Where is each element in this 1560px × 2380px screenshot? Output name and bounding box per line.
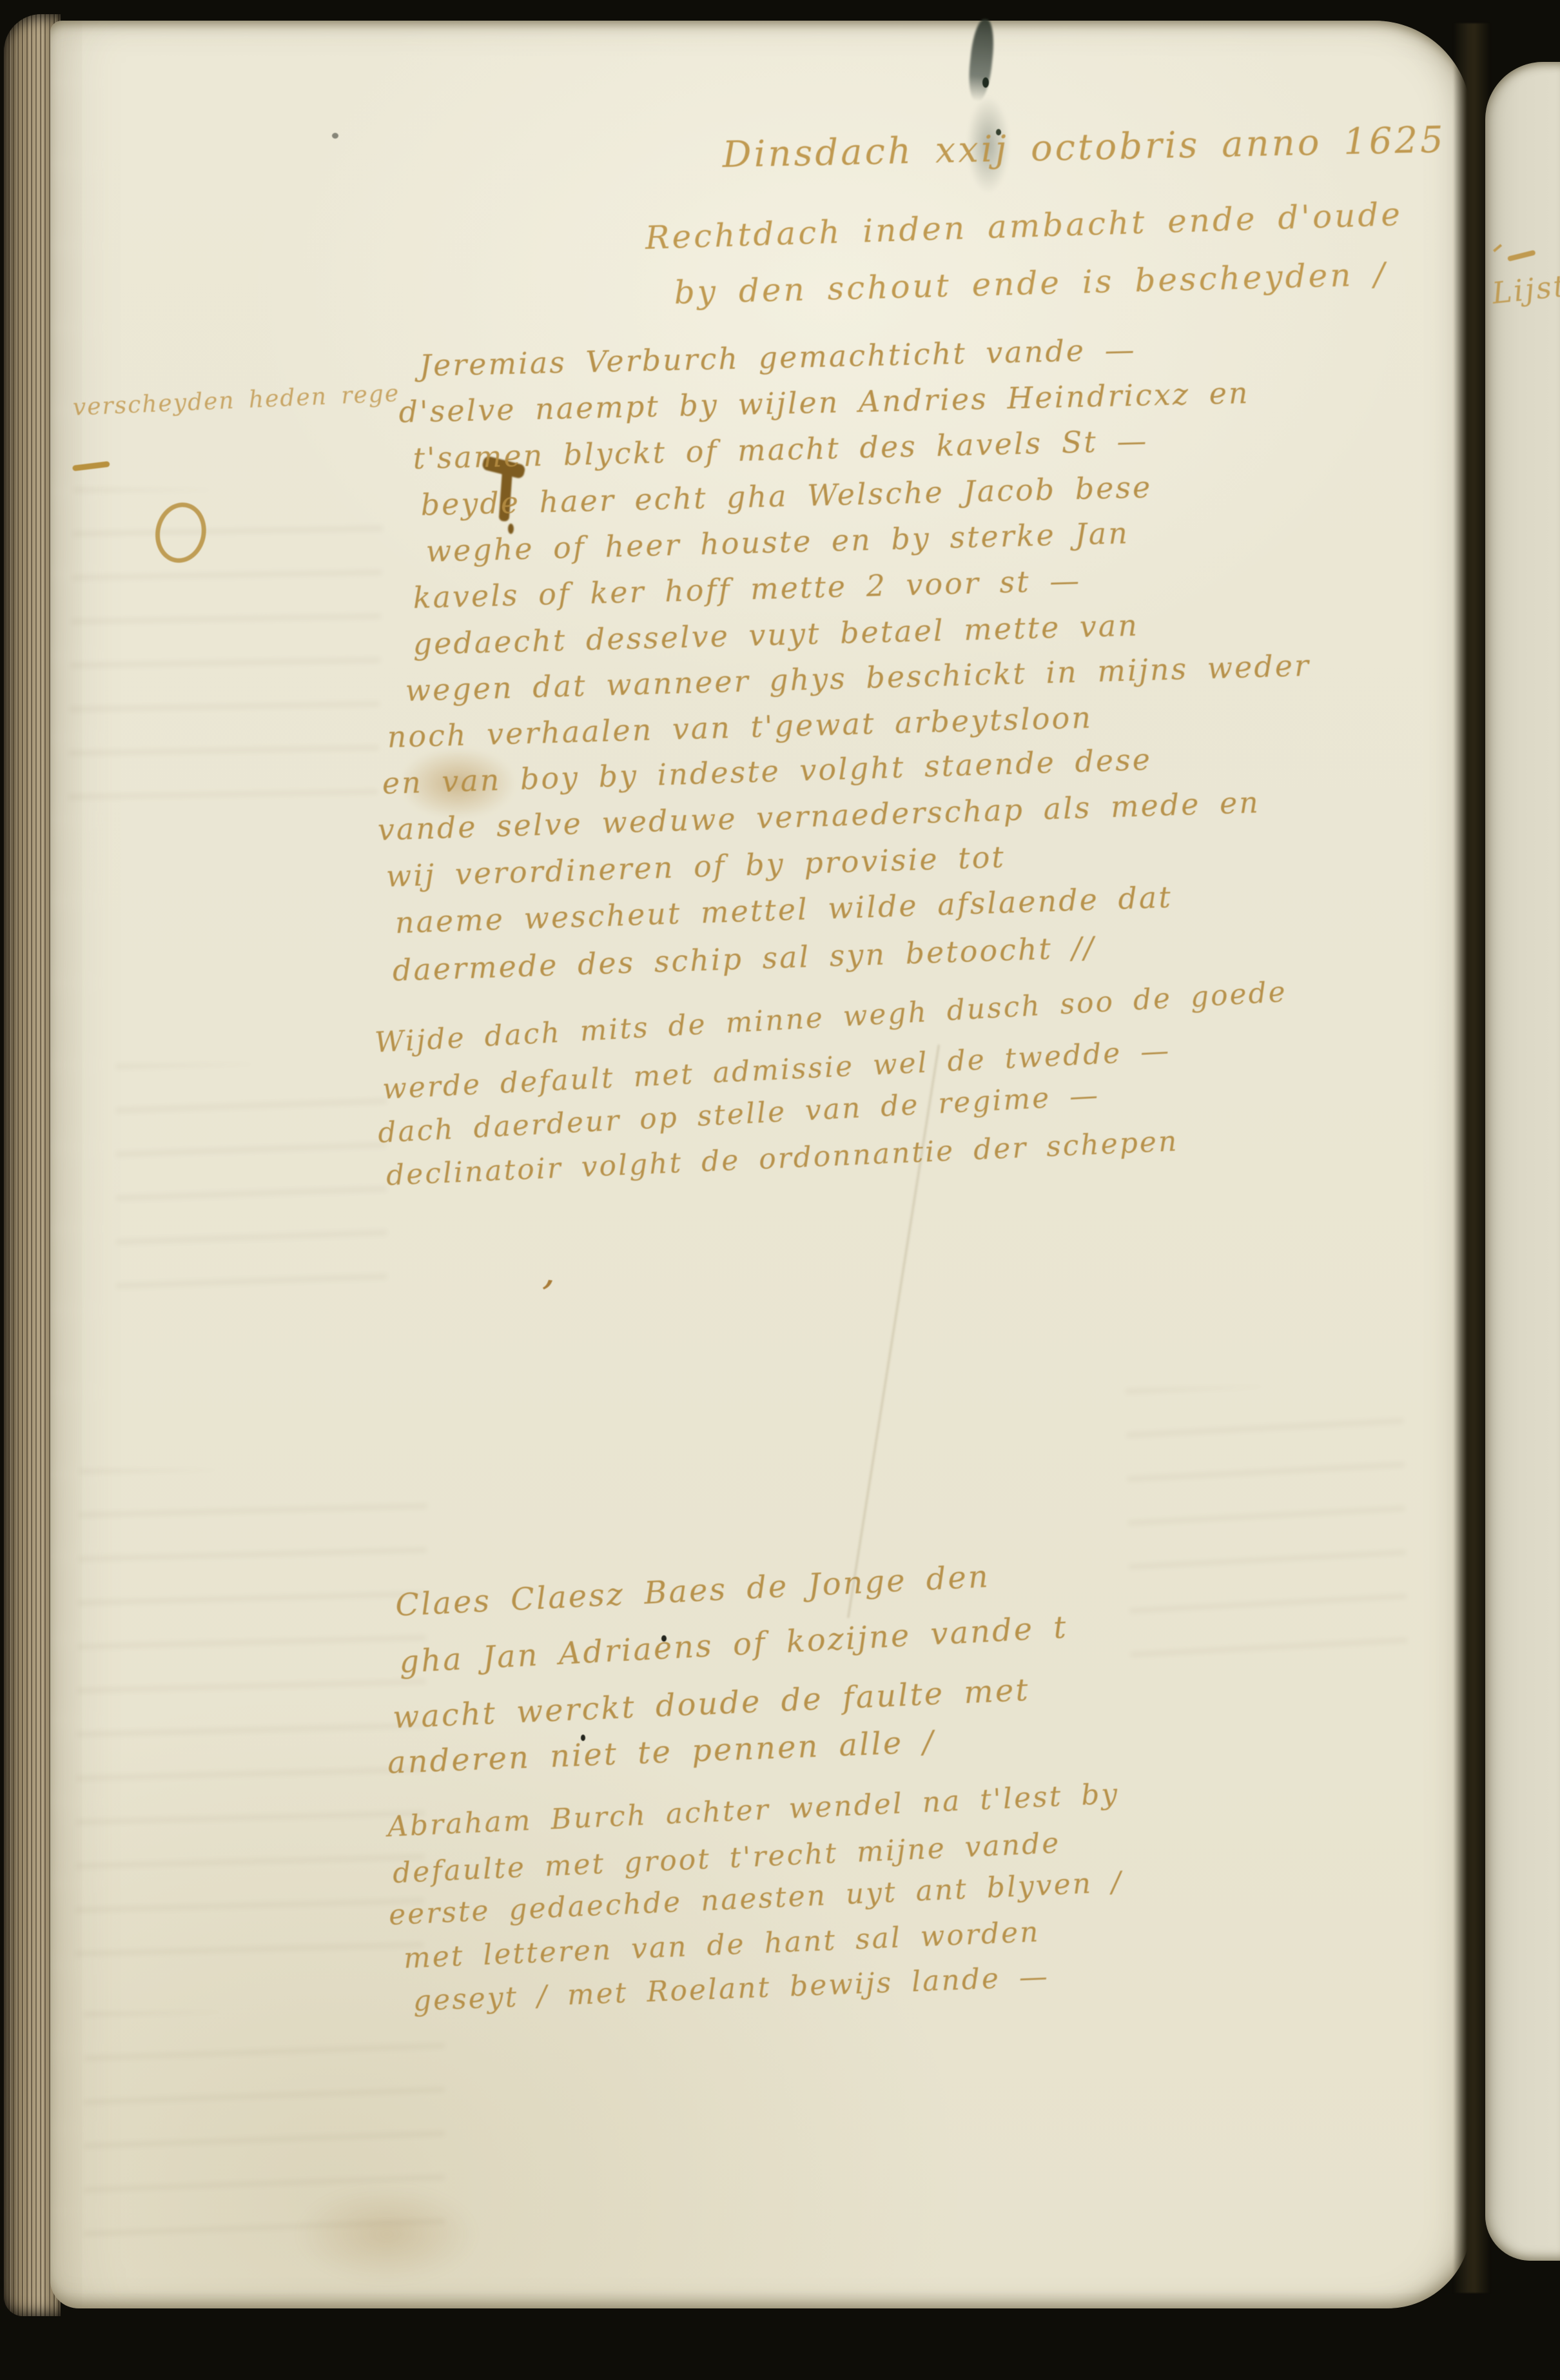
ink-smear-speck <box>982 77 989 88</box>
paper-speck <box>332 133 338 139</box>
show-through <box>75 1469 428 1962</box>
show-through <box>116 1064 387 1296</box>
show-through <box>68 487 384 815</box>
paper-stain <box>297 2186 477 2283</box>
book-scan: Dinsdach xxij octobris anno 1625 Rechtda… <box>0 0 1560 2380</box>
facing-page-text-fragment: Lijst <box>1490 268 1560 311</box>
facing-page-edge <box>1485 62 1560 2261</box>
show-through <box>1126 1384 1407 1659</box>
